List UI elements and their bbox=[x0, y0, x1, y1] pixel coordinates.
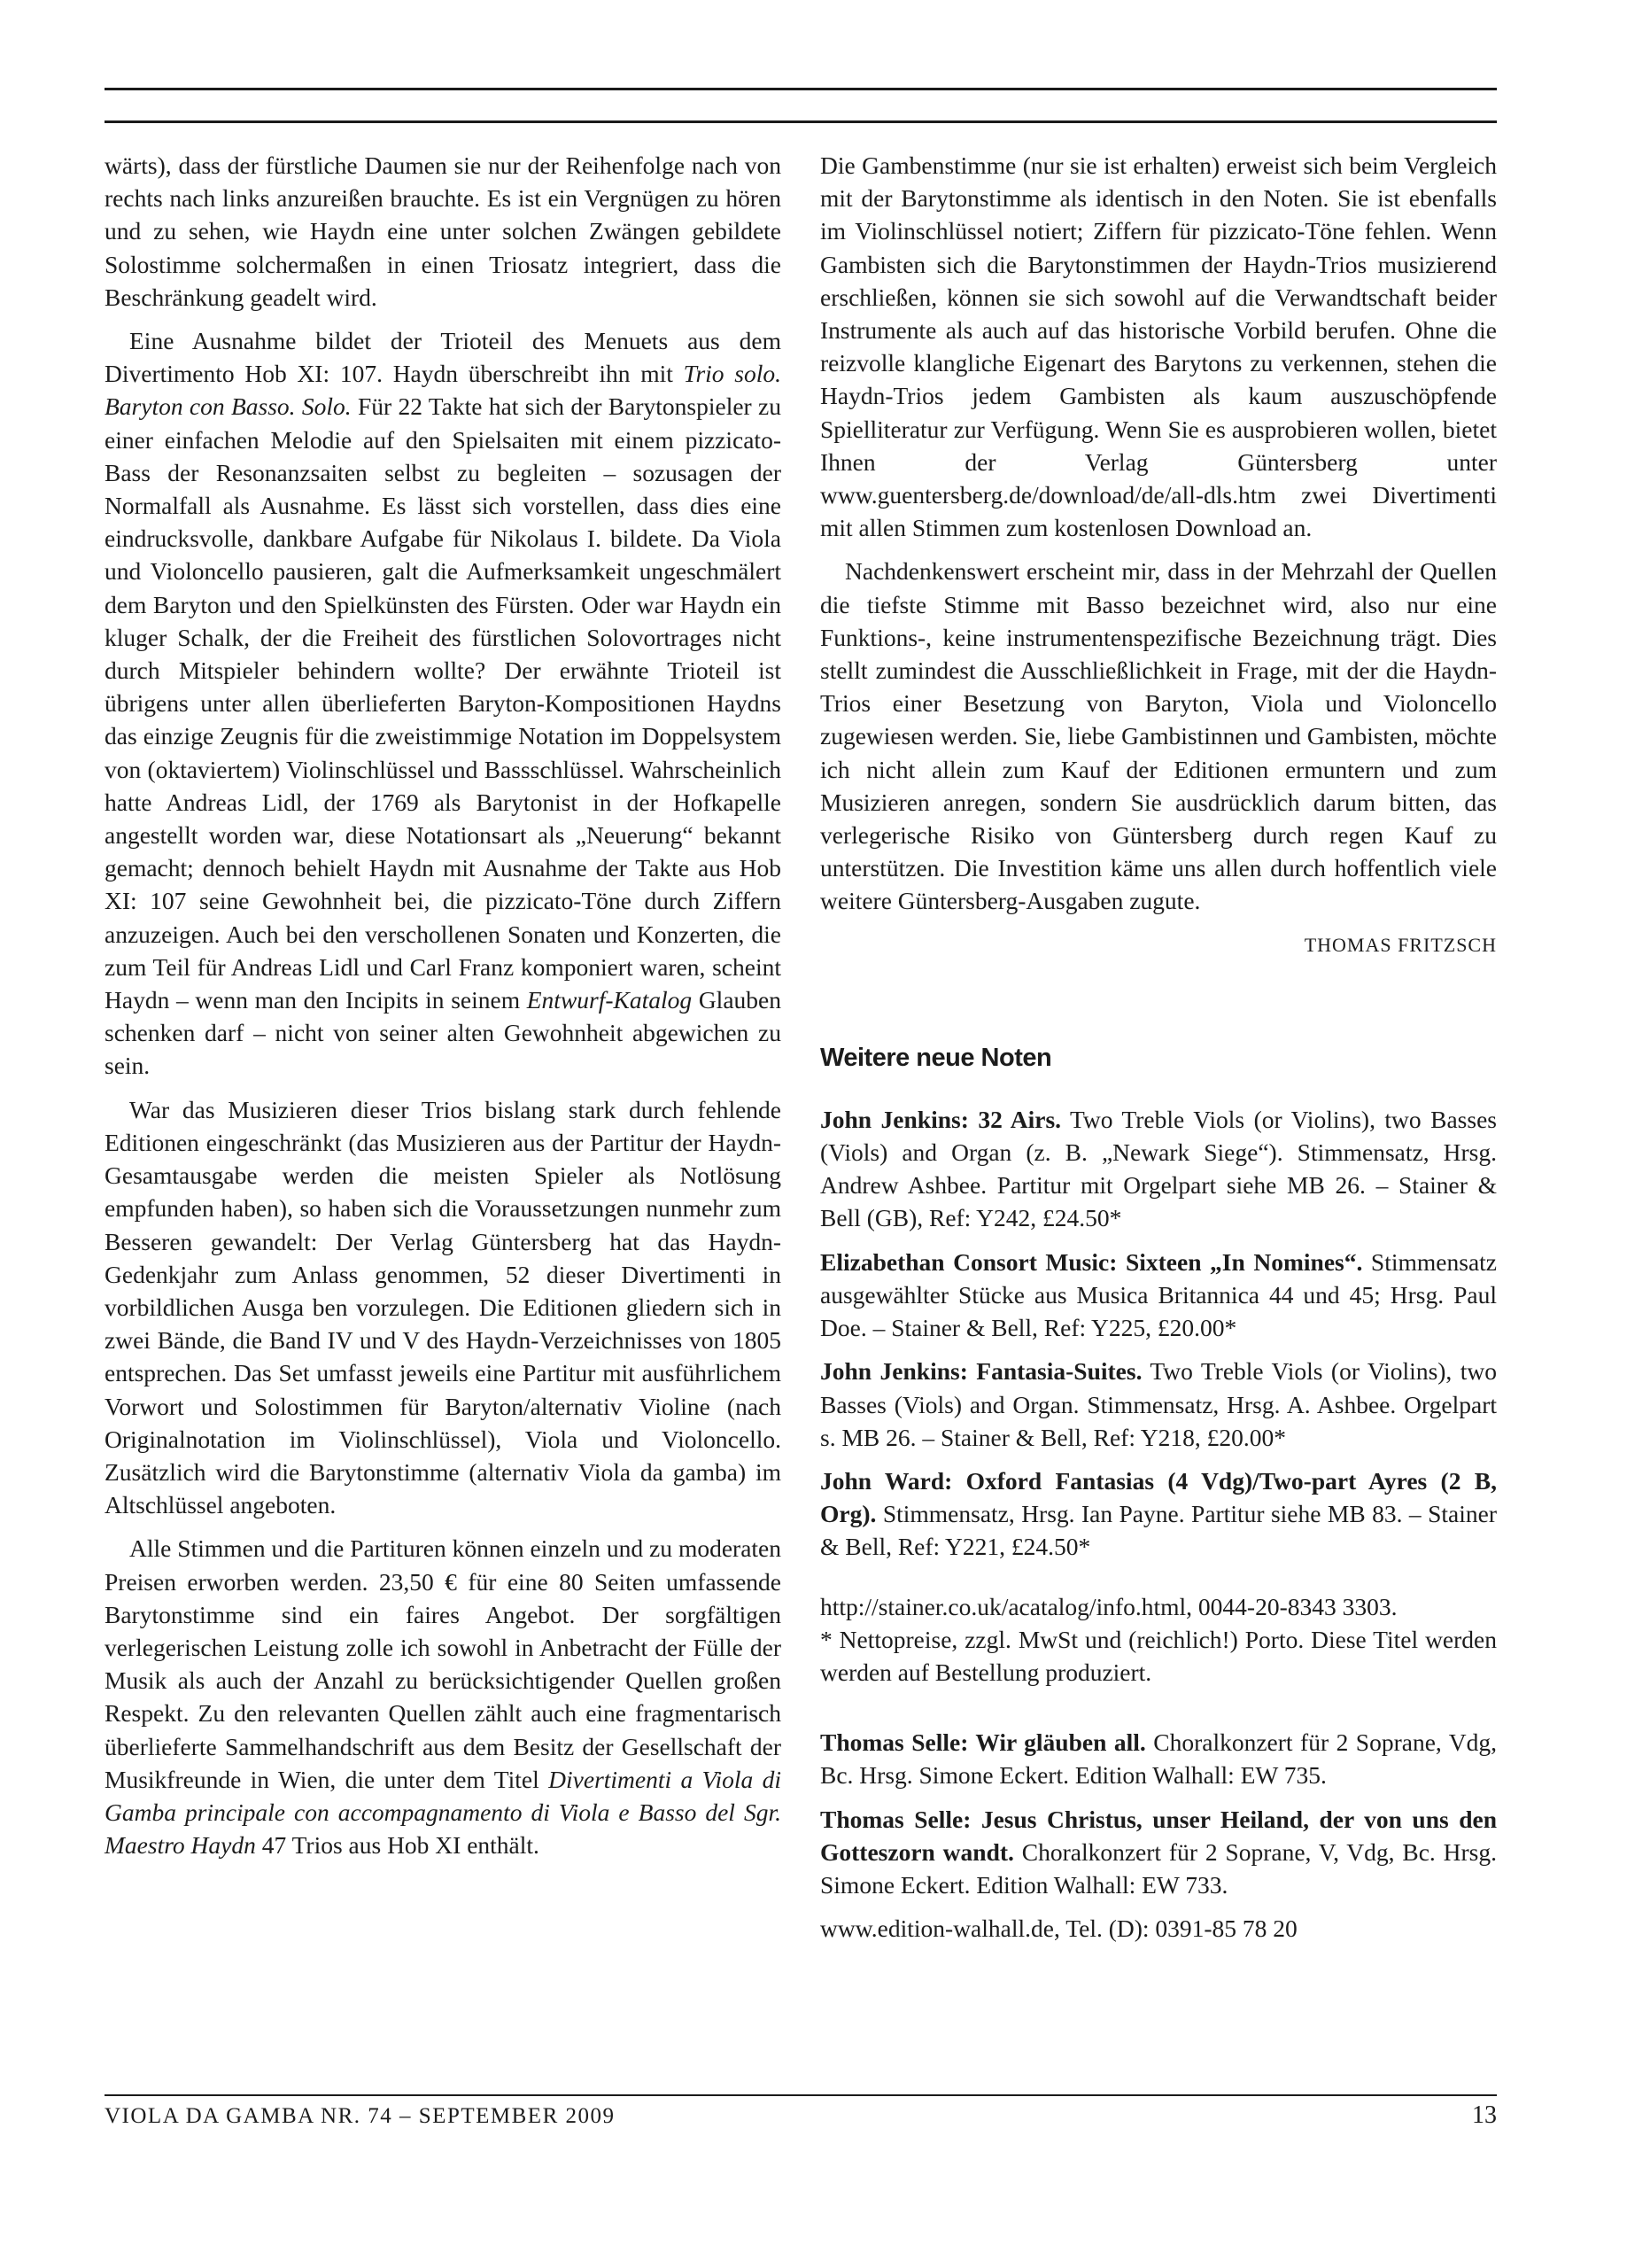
paragraph: Alle Stimmen und die Partituren können e… bbox=[105, 1532, 781, 1861]
footer-rule bbox=[105, 2094, 1497, 2096]
header-rule-top bbox=[105, 88, 1497, 90]
stainer-contact-link[interactable]: http://stainer.co.uk/acatalog/info.html,… bbox=[820, 1590, 1497, 1623]
paragraph: Die Gambenstimme (nur sie ist erhalten) … bbox=[820, 149, 1497, 544]
author-signature: THOMAS FRITZSCH bbox=[820, 928, 1497, 961]
text-run: 47 Trios aus Hob XI enthält. bbox=[256, 1831, 539, 1859]
right-column: Die Gambenstimme (nur sie ist erhalten) … bbox=[820, 149, 1497, 1955]
price-footnote: * Nettopreise, zzgl. MwSt und (reichlich… bbox=[820, 1623, 1497, 1689]
entry-title: Elizabethan Consort Music: Sixteen „In N… bbox=[820, 1248, 1362, 1276]
paragraph: Nachdenkenswert erscheint mir, dass in d… bbox=[820, 555, 1497, 917]
entry-title: John Jenkins: Fantasia-Suites. bbox=[820, 1357, 1142, 1385]
stainer-note: http://stainer.co.uk/acatalog/info.html,… bbox=[820, 1590, 1497, 1689]
text-run: Alle Stimmen und die Partituren können e… bbox=[105, 1534, 781, 1792]
paragraph: Eine Ausnahme bildet der Trioteil des Me… bbox=[105, 324, 781, 1083]
bibliography-entry: Thomas Selle: Jesus Christus, unser Heil… bbox=[820, 1803, 1497, 1902]
section-heading: Weitere neue Noten bbox=[820, 1043, 1497, 1073]
left-column: wärts), dass der fürstliche Daumen sie n… bbox=[105, 149, 781, 1872]
header-rule-bottom bbox=[105, 120, 1497, 123]
bibliography-entry: Thomas Selle: Wir gläuben all. Choralkon… bbox=[820, 1726, 1497, 1791]
paragraph: wärts), dass der fürstliche Daumen sie n… bbox=[105, 149, 781, 314]
paragraph: War das Musizieren dieser Trios bislang … bbox=[105, 1093, 781, 1522]
bibliography-entry: John Jenkins: Fantasia-Suites. Two Trebl… bbox=[820, 1355, 1497, 1454]
bibliography-entry: John Ward: Oxford Fantasias (4 Vdg)/Two-… bbox=[820, 1464, 1497, 1564]
publication-footer: VIOLA DA GAMBA NR. 74 – SEPTEMBER 2009 bbox=[105, 2103, 616, 2130]
entry-body: Stimmensatz, Hrsg. Ian Payne. Partitur s… bbox=[820, 1500, 1497, 1560]
bibliography-entry: Elizabethan Consort Music: Sixteen „In N… bbox=[820, 1246, 1497, 1345]
entry-title: John Jenkins: 32 Airs. bbox=[820, 1106, 1061, 1133]
italic-title: Entwurf-Katalog bbox=[527, 986, 692, 1014]
entry-title: Thomas Selle: Wir gläuben all. bbox=[820, 1728, 1146, 1756]
page-number: 13 bbox=[1472, 2101, 1497, 2130]
text-run: Für 22 Takte hat sich der Barytonspieler… bbox=[105, 392, 781, 1014]
walhall-contact-link[interactable]: www.edition-walhall.de, Tel. (D): 0391-8… bbox=[820, 1912, 1497, 1945]
bibliography-entry: John Jenkins: 32 Airs. Two Treble Viols … bbox=[820, 1103, 1497, 1235]
text-run: Eine Ausnahme bildet der Trioteil des Me… bbox=[105, 327, 781, 387]
